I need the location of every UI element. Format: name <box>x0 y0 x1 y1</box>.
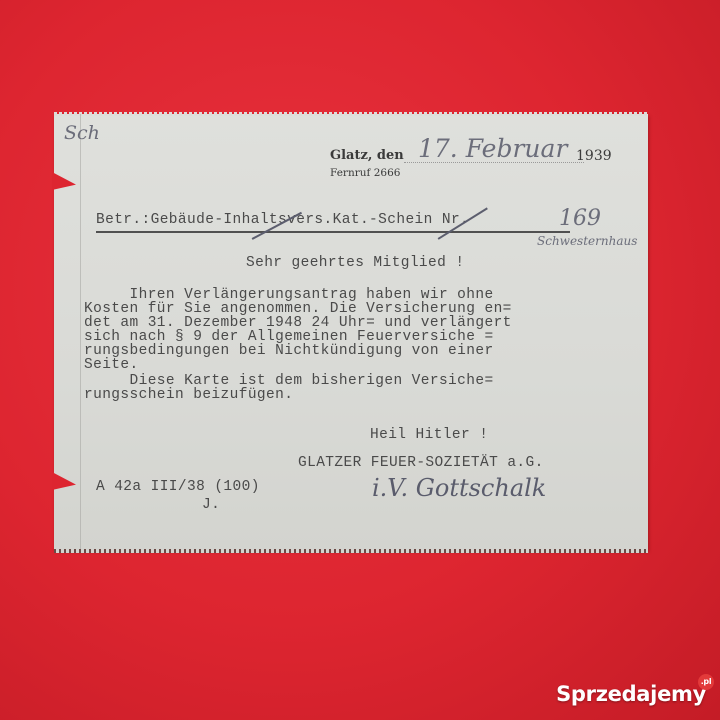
form-code: A 42a III/38 (100) <box>96 480 260 495</box>
body-line: Seite. <box>84 358 139 373</box>
company-name: GLATZER FEUER-SOZIETÄT a.G. <box>298 456 544 471</box>
annotation: Schwesternhaus <box>537 234 637 248</box>
salutation: Sehr geehrtes Mitglied ! <box>246 256 464 271</box>
perforation-fold <box>80 114 81 550</box>
signature: i.V. Gottschalk <box>372 474 546 502</box>
closing: Heil Hitler ! <box>370 428 488 443</box>
phone-label: Fernruf 2666 <box>330 167 400 179</box>
torn-notch-top <box>52 172 76 190</box>
body-line: rungsbedingungen bei Nichtkündigung von … <box>84 344 494 359</box>
postcard: Sch Glatz, den 17. Februar 1939 Fernruf … <box>54 114 648 550</box>
watermark-logo: Sprzedajemy .pl <box>556 682 706 706</box>
date-handwritten: 17. Februar <box>418 134 567 163</box>
initial: J. <box>202 498 220 513</box>
subject-underline <box>96 231 570 233</box>
policy-number: 169 <box>559 206 601 231</box>
watermark-brand: Sprzedajemy <box>556 682 706 706</box>
watermark-tld-badge: .pl <box>698 674 714 690</box>
body-line: rungsschein beizufügen. <box>84 388 293 403</box>
year: 1939 <box>576 148 612 164</box>
torn-notch-bottom <box>52 472 76 490</box>
place-label: Glatz, den <box>330 148 404 163</box>
corner-note: Sch <box>64 122 100 144</box>
